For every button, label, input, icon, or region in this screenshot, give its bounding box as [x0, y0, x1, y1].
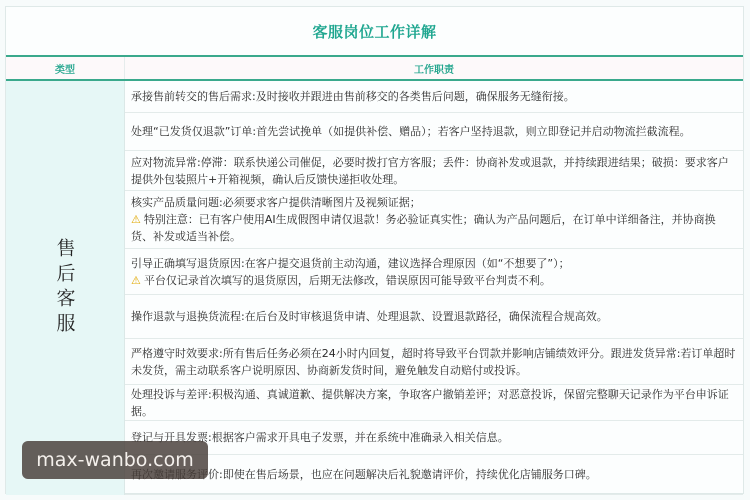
- duty-text: 登记与开具发票:根据客户需求开具电子发票，并在系统中准确录入相关信息。: [131, 429, 737, 446]
- table-row: 登记与开具发票:根据客户需求开具电子发票，并在系统中准确录入相关信息。: [125, 421, 743, 455]
- duties-list: 承接售前转交的售后需求:及时接收并跟进由售前移交的各类售后问题，确保服务无缝衔接…: [125, 81, 743, 495]
- page-title: 客服岗位工作详解: [6, 7, 743, 57]
- watermark: max-wanbo.com: [22, 441, 208, 479]
- table-body: 售后客服 承接售前转交的售后需求:及时接收并跟进由售前移交的各类售后问题，确保服…: [6, 81, 743, 495]
- duty-text: 核实产品质量问题:必须要求客户提供清晰图片及视频证据；: [131, 194, 737, 211]
- header-duties: 工作职责: [125, 57, 743, 79]
- category-cell: 售后客服: [6, 81, 125, 495]
- table-row: 承接售前转交的售后需求:及时接收并跟进由售前移交的各类售后问题，确保服务无缝衔接…: [125, 81, 743, 113]
- duties-table-card: 客服岗位工作详解 类型 工作职责 售后客服 承接售前转交的售后需求:及时接收并跟…: [5, 6, 744, 494]
- table-header: 类型 工作职责: [6, 57, 743, 81]
- table-row: 核实产品质量问题:必须要求客户提供清晰图片及视频证据；⚠特别注意：已有客户使用A…: [125, 191, 743, 249]
- duty-text: 应对物流异常:停滞：联系快递公司催促，必要时拨打官方客服；丢件：协商补发或退款，…: [131, 154, 737, 188]
- warning-text: 特别注意：已有客户使用AI生成假图申请仅退款！务必验证真实性；确认为产品问题后，…: [131, 213, 716, 243]
- duty-text: 严格遵守时效要求:所有售后任务必须在24小时内回复，超时将导致平台罚款并影响店铺…: [131, 345, 737, 379]
- duty-text: 再次邀请服务评价:即使在售后场景，也应在问题解决后礼貌邀请评价，持续优化店铺服务…: [131, 466, 737, 483]
- warning-note: ⚠平台仅记录首次填写的退货原因，后期无法修改，错误原因可能导致平台判责不利。: [131, 272, 737, 289]
- table-row: 引导正确填写退货原因:在客户提交退货前主动沟通，建议选择合理原因（如“不想要了”…: [125, 249, 743, 295]
- duty-text: 处理“已发货仅退款”订单:首先尝试挽单（如提供补偿、赠品）；若客户坚持退款，则立…: [131, 123, 737, 140]
- header-type: 类型: [6, 57, 125, 79]
- category-label: 售后客服: [52, 238, 79, 338]
- duty-text: 承接售前转交的售后需求:及时接收并跟进由售前移交的各类售后问题，确保服务无缝衔接…: [131, 88, 737, 105]
- duty-text: 处理投诉与差评:积极沟通、真诚道歉、提供解决方案，争取客户撤销差评；对恶意投诉，…: [131, 386, 737, 420]
- table-row: 操作退款与退换货流程:在后台及时审核退货申请、处理退款、设置退款路径，确保流程合…: [125, 295, 743, 339]
- warning-triangle-icon: ⚠: [131, 274, 141, 287]
- table-row: 严格遵守时效要求:所有售后任务必须在24小时内回复，超时将导致平台罚款并影响店铺…: [125, 339, 743, 385]
- warning-triangle-icon: ⚠: [131, 213, 141, 226]
- duty-text: 引导正确填写退货原因:在客户提交退货前主动沟通，建议选择合理原因（如“不想要了”…: [131, 255, 737, 272]
- table-row: 应对物流异常:停滞：联系快递公司催促，必要时拨打官方客服；丢件：协商补发或退款，…: [125, 151, 743, 191]
- duty-text: 操作退款与退换货流程:在后台及时审核退货申请、处理退款、设置退款路径，确保流程合…: [131, 308, 737, 325]
- warning-text: 平台仅记录首次填写的退货原因，后期无法修改，错误原因可能导致平台判责不利。: [144, 274, 551, 287]
- warning-note: ⚠特别注意：已有客户使用AI生成假图申请仅退款！务必验证真实性；确认为产品问题后…: [131, 211, 737, 245]
- table-row: 处理投诉与差评:积极沟通、真诚道歉、提供解决方案，争取客户撤销差评；对恶意投诉，…: [125, 385, 743, 421]
- table-row: 再次邀请服务评价:即使在售后场景，也应在问题解决后礼貌邀请评价，持续优化店铺服务…: [125, 455, 743, 495]
- table-row: 处理“已发货仅退款”订单:首先尝试挽单（如提供补偿、赠品）；若客户坚持退款，则立…: [125, 113, 743, 151]
